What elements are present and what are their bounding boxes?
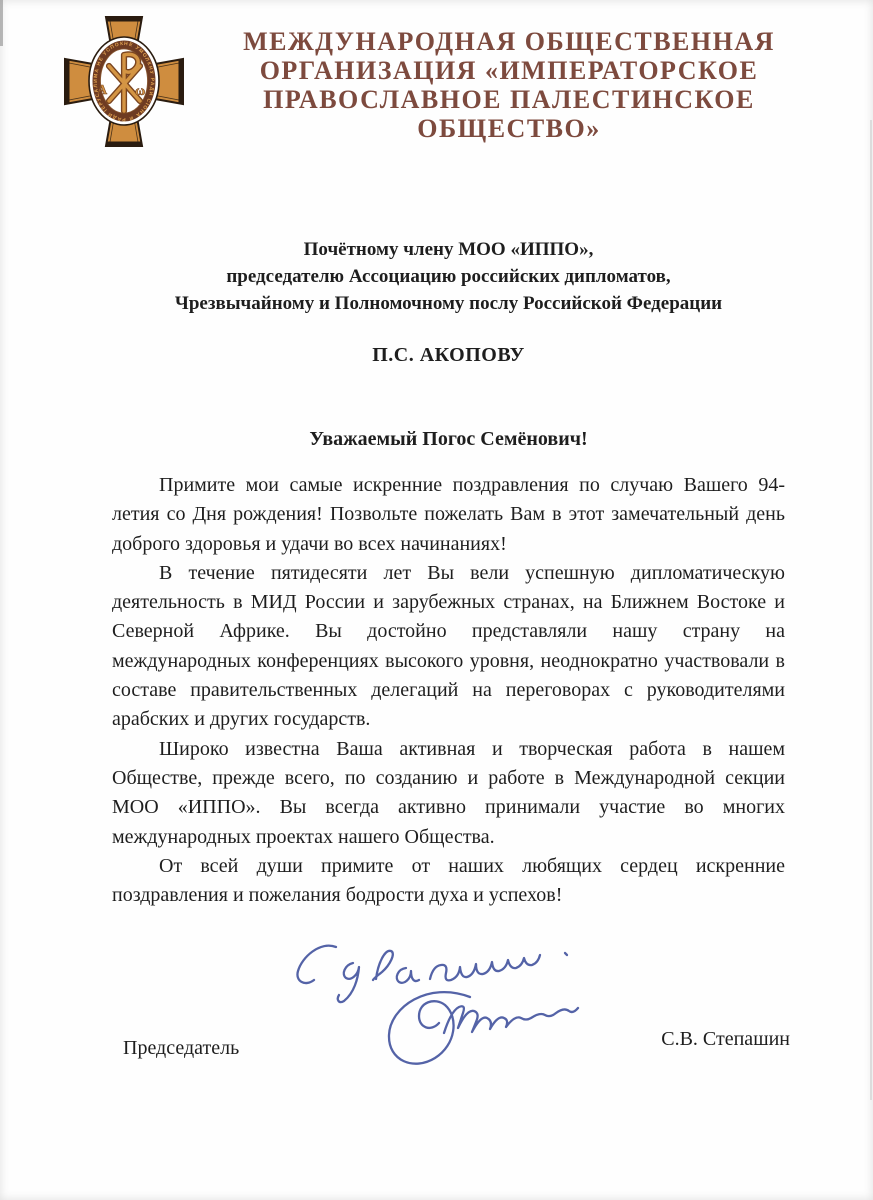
addressee-line: Почётному члену МОО «ИППО», [112, 236, 785, 263]
addressee-name: П.С. АКОПОВУ [112, 342, 785, 369]
letter-body: Примите мои самые искренние поздравления… [112, 471, 785, 910]
signer-name: С.В. Степашин [661, 1028, 790, 1051]
body-paragraph: От всей души примите от наших любящих се… [112, 852, 785, 911]
body-paragraph: Широко известна Ваша активная и творческ… [112, 735, 785, 852]
addressee-line: председателю Ассоциацию российских дипло… [112, 263, 785, 290]
organization-name-line: ПРАВОСЛАВНОЕ ПАЛЕСТИНСКОЕ ОБЩЕСТВО» [185, 85, 833, 143]
salutation: Уважаемый Погос Семёнович! [112, 428, 785, 451]
organization-name-line: ОРГАНИЗАЦИЯ «ИМПЕРАТОРСКОЕ [185, 56, 833, 85]
scan-corner-artifact [0, 0, 3, 46]
signature-block: Председатель С.В. Степашин [0, 925, 873, 1090]
body-paragraph: В течение пятидесяти лет Вы вели успешну… [112, 559, 785, 735]
alpha-letter: А [97, 83, 108, 98]
letter-page: НЕ УМОЛКНУ РАДИ СІОНА И РАДИ ІЕРУСАЛИМА … [0, 0, 873, 1200]
organization-name-line: МЕЖДУНАРОДНАЯ ОБЩЕСТВЕННАЯ [185, 27, 833, 56]
addressee-line: Чрезвычайному и Полномочному послу Росси… [112, 290, 785, 317]
body-paragraph: Примите мои самые искренние поздравления… [112, 471, 785, 559]
signature-row: Председатель С.В. Степашин [123, 1037, 790, 1060]
addressee-block: Почётному члену МОО «ИППО», председателю… [112, 236, 785, 369]
ippo-emblem-icon: НЕ УМОЛКНУ РАДИ СІОНА И РАДИ ІЕРУСАЛИМА … [63, 15, 185, 148]
letterhead: НЕ УМОЛКНУ РАДИ СІОНА И РАДИ ІЕРУСАЛИМА … [63, 15, 833, 148]
organization-name: МЕЖДУНАРОДНАЯ ОБЩЕСТВЕННАЯ ОРГАНИЗАЦИЯ «… [185, 27, 833, 148]
omega-letter: ω [135, 84, 145, 99]
position-title: Председатель [123, 1037, 239, 1060]
